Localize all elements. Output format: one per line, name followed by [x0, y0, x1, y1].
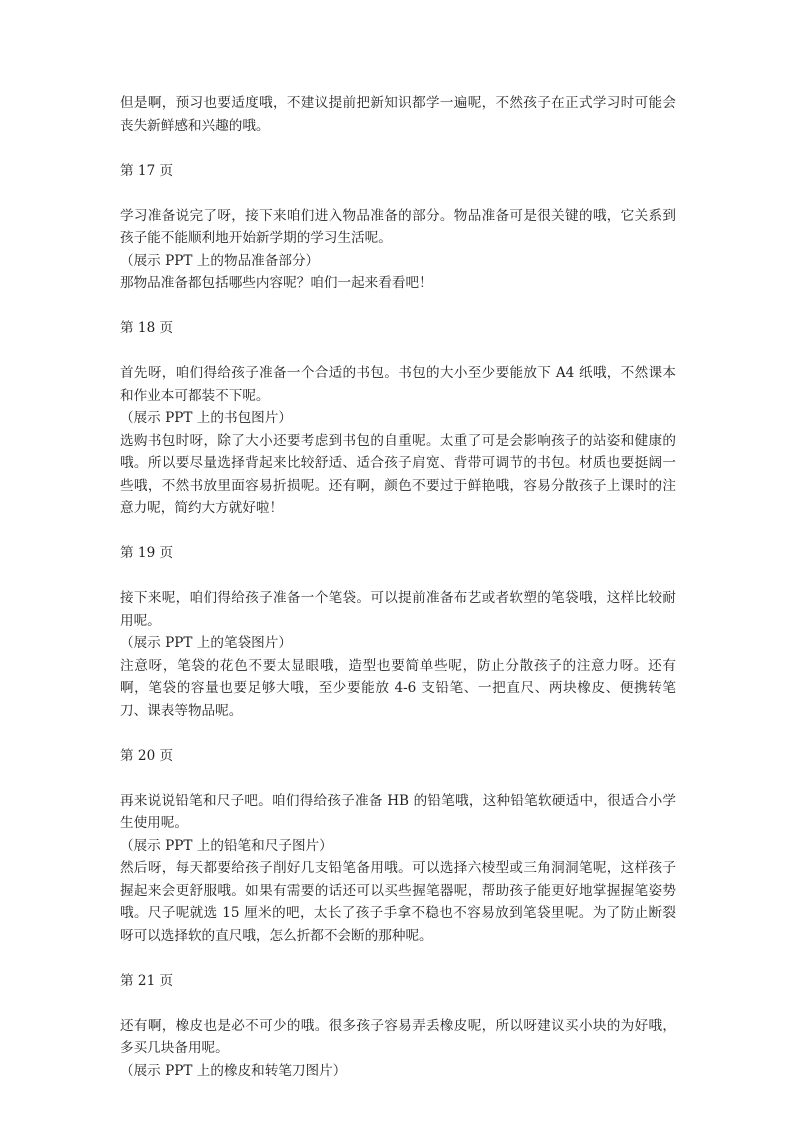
paragraph-18-1: 首先呀，咱们得给孩子准备一个合适的书包。书包的大小至少要能放下 A4 纸哦，不然…	[120, 362, 676, 407]
paragraph-19-3: 注意呀，笔袋的花色不要太显眼哦，造型也要简单些呢，防止分散孩子的注意力呀。还有啊…	[120, 655, 676, 723]
page-heading-20: 第 20 页	[120, 745, 676, 768]
paragraph-21-1: 还有啊，橡皮也是必不可少的哦。很多孩子容易弄丢橡皮呢，所以呀建议买小块的为好哦，…	[120, 1015, 676, 1060]
paragraph-17-1: 学习准备说完了呀，接下来咱们进入物品准备的部分。物品准备可是很关键的哦，它关系到…	[120, 205, 676, 250]
paragraph-19-1: 接下来呢，咱们得给孩子准备一个笔袋。可以提前准备布艺或者软塑的笔袋哦，这样比较耐…	[120, 587, 676, 632]
page-heading-17: 第 17 页	[120, 160, 676, 183]
page-heading-18: 第 18 页	[120, 317, 676, 340]
paragraph-20-1: 再来说说铅笔和尺子吧。咱们得给孩子准备 HB 的铅笔哦，这种铅笔软硬适中，很适合…	[120, 790, 676, 835]
paragraph-20-3: 然后呀，每天都要给孩子削好几支铅笔备用哦。可以选择六棱型或三角洞洞笔呢，这样孩子…	[120, 857, 676, 947]
paragraph-intro: 但是啊，预习也要适度哦，不建议提前把新知识都学一遍呢，不然孩子在正式学习时可能会…	[120, 92, 676, 137]
paragraph-17-2: （展示 PPT 上的物品准备部分）	[120, 250, 676, 273]
page-heading-19: 第 19 页	[120, 542, 676, 565]
paragraph-18-3: 选购书包时呀，除了大小还要考虑到书包的自重呢。太重了可是会影响孩子的站姿和健康的…	[120, 430, 676, 520]
paragraph-21-2: （展示 PPT 上的橡皮和转笔刀图片）	[120, 1060, 676, 1083]
paragraph-18-2: （展示 PPT 上的书包图片）	[120, 407, 676, 430]
document-page: 但是啊，预习也要适度哦，不建议提前把新知识都学一遍呢，不然孩子在正式学习时可能会…	[120, 92, 676, 1082]
paragraph-20-2: （展示 PPT 上的铅笔和尺子图片）	[120, 835, 676, 858]
paragraph-17-3: 那物品准备都包括哪些内容呢？咱们一起来看看吧！	[120, 272, 676, 295]
page-heading-21: 第 21 页	[120, 970, 676, 993]
paragraph-19-2: （展示 PPT 上的笔袋图片）	[120, 632, 676, 655]
